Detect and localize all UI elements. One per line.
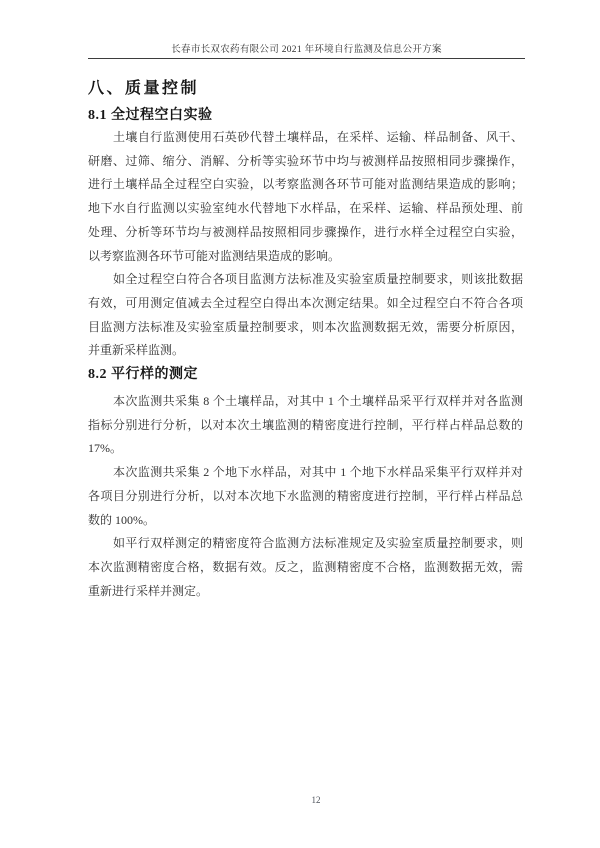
paragraph-line: 如平行双样测定的精密度符合监测方法标准规定及实验室质量控制要求，则 <box>88 532 523 556</box>
paragraph-line: 土壤自行监测使用石英砂代替土壤样品，在采样、运输、样品制备、风干、 <box>88 126 523 150</box>
page-header: 长春市长双农药有限公司 2021 年环境自行监测及信息公开方案 <box>88 0 525 59</box>
paragraph-line: 指标分别进行分析，以对本次土壤监测的精密度进行控制，平行样占样品总数的 <box>88 414 523 438</box>
paragraph-groundwater-parallel-sample: 本次监测共采集 2 个地下水样品，对其中 1 个地下水样品采集平行双样并对 各项… <box>88 461 523 532</box>
chapter-heading: 八、质量控制 <box>88 79 523 99</box>
paragraph-soil-parallel-sample: 本次监测共采集 8 个土壤样品，对其中 1 个土壤样品采平行双样并对各监测 指标… <box>88 390 523 461</box>
paragraph-line: 并重新采样监测。 <box>88 339 523 363</box>
paragraph-line: 重新进行采样并测定。 <box>88 580 523 604</box>
page-number: 12 <box>312 795 321 805</box>
paragraph-line: 本次监测精密度合格，数据有效。反之，监测精密度不合格，监测数据无效，需 <box>88 556 523 580</box>
paragraph-line: 数的 100%。 <box>88 509 523 533</box>
paragraph-line: 本次监测共采集 2 个地下水样品，对其中 1 个地下水样品采集平行双样并对 <box>88 461 523 485</box>
paragraph-line: 本次监测共采集 8 个土壤样品，对其中 1 个土壤样品采平行双样并对各监测 <box>88 390 523 414</box>
paragraph-line: 处理、分析等环节均与被测样品按照相同步骤操作，进行水样全过程空白实验， <box>88 221 523 245</box>
paragraph-precision-validity: 如平行双样测定的精密度符合监测方法标准规定及实验室质量控制要求，则 本次监测精密… <box>88 532 523 603</box>
document-body: 八、质量控制 8.1 全过程空白实验 土壤自行监测使用石英砂代替土壤样品，在采样… <box>88 79 523 603</box>
section-heading-8-2: 8.2 平行样的测定 <box>88 366 523 384</box>
paragraph-line: 17%。 <box>88 437 523 461</box>
document-page: 长春市长双农药有限公司 2021 年环境自行监测及信息公开方案 八、质量控制 8… <box>0 0 600 848</box>
paragraph-line: 进行土壤样品全过程空白实验，以考察监测各环节可能对监测结果造成的影响； <box>88 173 523 197</box>
page-footer: 12 <box>88 790 544 808</box>
paragraph-line: 研磨、过筛、缩分、消解、分析等实验环节中均与被测样品按照相同步骤操作， <box>88 150 523 174</box>
paragraph-line: 以考察监测各环节可能对监测结果造成的影响。 <box>88 245 523 269</box>
paragraph-line: 地下水自行监测以实验室纯水代替地下水样品，在采样、运输、样品预处理、前 <box>88 197 523 221</box>
paragraph-line: 如全过程空白符合各项目监测方法标准及实验室质量控制要求，则该批数据 <box>88 268 523 292</box>
paragraph-line: 有效，可用测定值减去全过程空白得出本次测定结果。如全过程空白不符合各项 <box>88 292 523 316</box>
header-title: 长春市长双农药有限公司 2021 年环境自行监测及信息公开方案 <box>88 45 525 56</box>
paragraph-soil-blank-test: 土壤自行监测使用石英砂代替土壤样品，在采样、运输、样品制备、风干、 研磨、过筛、… <box>88 126 523 268</box>
paragraph-blank-validity: 如全过程空白符合各项目监测方法标准及实验室质量控制要求，则该批数据 有效，可用测… <box>88 268 523 363</box>
paragraph-line: 各项目分别进行分析，以对本次地下水监测的精密度进行控制，平行样占样品总 <box>88 485 523 509</box>
section-heading-8-1: 8.1 全过程空白实验 <box>88 107 523 125</box>
paragraph-line: 目监测方法标准及实验室质量控制要求，则本次监测数据无效，需要分析原因， <box>88 316 523 340</box>
